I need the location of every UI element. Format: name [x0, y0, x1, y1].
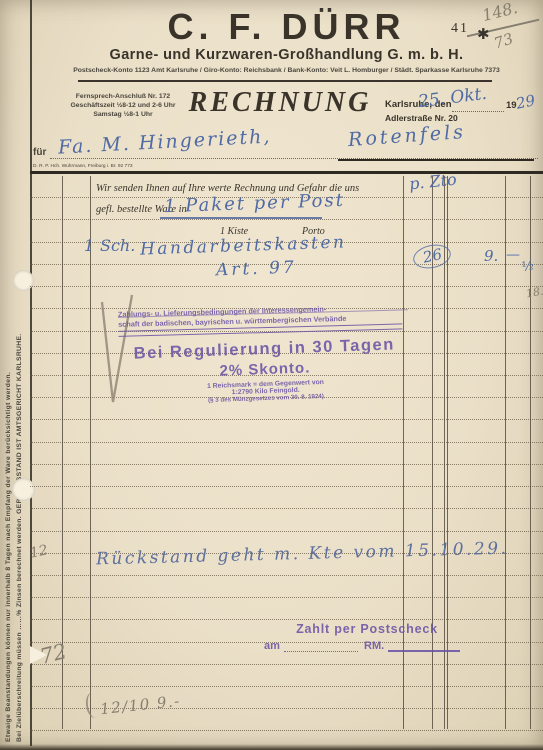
table-row: [30, 665, 543, 687]
item-mark-value: 26: [421, 245, 443, 267]
table-row: [30, 509, 543, 531]
table-row: [30, 465, 543, 487]
year-handwritten: 29: [514, 91, 536, 113]
scan-bottom-edge: [0, 744, 543, 750]
company-name: C. F. DÜRR: [30, 6, 543, 48]
pencil-right-note: 18.: [525, 285, 543, 301]
skonto-stamp: Bei Regulierung in 30 Tagen 2% Skonto. 1…: [111, 335, 419, 408]
table-row: [30, 598, 543, 620]
bank-accounts-line: Postscheck-Konto 1123 Amt Karlsruhe / Gi…: [30, 67, 543, 74]
payment-stamp: Zahlt per Postscheck am RM.: [262, 622, 472, 654]
table-column-line: [90, 176, 91, 729]
payment-am-label: am: [264, 640, 280, 652]
payment-stamp-line1: Zahlt per Postscheck: [262, 622, 472, 636]
invoice-scan: Etwaige Beanstandungen können nur innerh…: [0, 0, 543, 750]
date-handwritten: 25. Okt.: [417, 84, 488, 112]
margin-condition-line1: Etwaige Beanstandungen können nur innerh…: [5, 372, 12, 742]
payment-am-dotted-line: [284, 651, 358, 652]
item-article-number: Art. 97: [216, 258, 297, 281]
recipient-solid-underline: [338, 159, 534, 161]
table-row: [30, 576, 543, 598]
table-row: [30, 420, 543, 442]
payment-rm-label: RM.: [364, 640, 384, 652]
table-row: [30, 487, 543, 509]
date-dotted-line: [452, 111, 504, 112]
payment-rm-underline: [388, 650, 460, 652]
company-subtitle: Garne- und Kurzwaren-Großhandlung G. m. …: [30, 47, 543, 63]
table-top-rule: [30, 171, 543, 174]
item-pfennig-dash: —: [506, 247, 520, 263]
header-rule: [78, 80, 492, 82]
item-amount: 9.: [484, 247, 498, 265]
margin-condition-line2: Bei Zielüberschreitung müssen ……% Zinsen…: [16, 334, 23, 743]
item-qty: 1: [84, 236, 94, 255]
blue-underline: [160, 217, 322, 219]
document-title: RECHNUNG: [175, 87, 385, 119]
recipient-name-handwritten: Fa. M. Hingerieth,: [58, 125, 272, 158]
recipient-place-handwritten: Rotenfels: [347, 121, 466, 151]
item-unit: Sch.: [100, 236, 135, 255]
printer-imprint: D. R. P. Hch. Wuhrmann, Freiburg i. Br. …: [33, 164, 133, 169]
recipient-label: für: [33, 147, 46, 158]
table-row: [30, 443, 543, 465]
